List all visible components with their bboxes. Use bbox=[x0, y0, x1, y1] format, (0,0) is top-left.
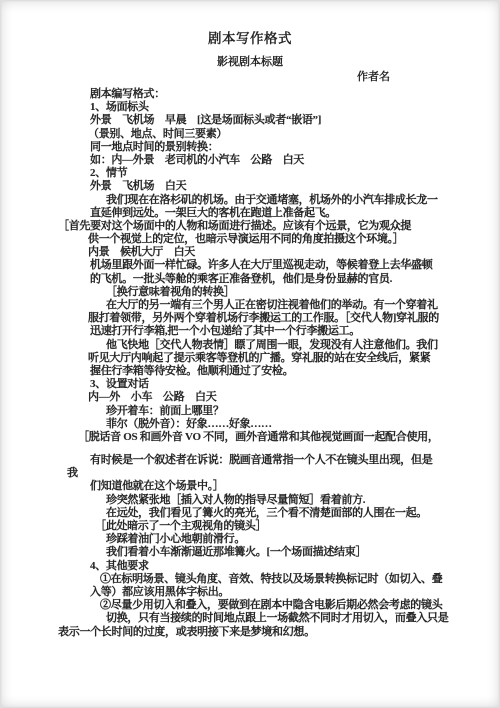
text-line: 外景 飞机场 早晨 [这是场面标头或者“嵌语”] bbox=[90, 114, 500, 127]
text-line: 他飞快地［交代人物表情］瞟了周围一眼，发现没有人注意他们。我们 bbox=[106, 339, 500, 352]
text-line: 在大厅的另一端有三个男人正在密切注视着他们的举动。有一个穿着礼 bbox=[106, 299, 500, 312]
text-line: 我 bbox=[67, 467, 500, 480]
text-line: 有时候是一个叙述者在诉说：脱画音通常指一个人不在镜头里出现，但是 bbox=[90, 454, 500, 467]
script-title-placeholder: 影视剧本标题 bbox=[0, 56, 500, 69]
text-line: 切换，只有当接续的时间地点跟上一场截然不同时才用切入，而叠入只是 bbox=[106, 612, 500, 625]
text-line: 我们现在在洛杉矶的机场。由于交通堵塞，机场外的小汽车排成长龙一 bbox=[106, 194, 500, 207]
text-line: ②尽量少用切入和叠入，要做到在剧本中隐含电影后期必然会考虑的镜头 bbox=[100, 599, 500, 612]
section-heading-scene-header: 1、场面标头 bbox=[90, 101, 500, 114]
text-line: ［首先要对这个场面中的人物和场面进行描述。应该有个远景，它为观众提 bbox=[58, 220, 500, 233]
author-name-placeholder: 作者名 bbox=[0, 71, 500, 84]
page-title: 剧本写作格式 bbox=[0, 0, 500, 46]
text-line: 机场里跟外面一样忙碌。许多人在大厅里巡视走动，等候着登上去华盛顿 bbox=[90, 259, 500, 272]
document-body: 剧本编写格式： 1、场面标头 外景 飞机场 早晨 [这是场面标头或者“嵌语”] … bbox=[0, 88, 500, 639]
text-line: （景别、地点、时间三要素） bbox=[88, 128, 500, 141]
text-line: 菲尔（脱外音）：好象……好象…… bbox=[106, 418, 500, 431]
text-line: 珍踩着油门小心地朝前滑行。 bbox=[106, 533, 500, 546]
text-line: 握住行李箱等待安检。他顺利通过了安检。 bbox=[90, 365, 500, 378]
text-line: 同一地点时间的景别转换： bbox=[90, 141, 500, 154]
text-line: 表示一个长时间的过度，或表明接下来是梦境和幻想。 bbox=[58, 626, 500, 639]
text-line: 服打着领带，另外两个穿着机场行李搬运工的工作服。［交代人物]穿礼服的 bbox=[88, 312, 500, 325]
text-line: ［脱话音 OS 和画外音 VO 不同，画外音通常和其他视觉画面一起配合使用， bbox=[78, 431, 500, 444]
text-line: 外景 飞机场 白天 bbox=[90, 180, 500, 193]
text-line: 直延伸到远处。一架巨大的客机在跑道上准备起飞。 bbox=[90, 207, 500, 220]
text-line: 我们看着小车渐渐逼近那堆篝火。[一个场面描述结束］ bbox=[106, 546, 500, 559]
section-heading-other-requirements: 4、其他要求 bbox=[90, 560, 500, 573]
text-line: 听见大厅内响起了提示乘客等登机的广播。穿礼服的站在安全线后，紧紧 bbox=[88, 352, 500, 365]
text-line: 的飞机。一批头等舱的乘客正准备登机，他们是身份显赫的官员. bbox=[90, 273, 500, 286]
text-line: 供一个视觉上的定位，也暗示导演运用不同的角度拍摄这个环境。］ bbox=[88, 233, 500, 246]
text-line: 内—外 小车 公路 白天 bbox=[88, 391, 500, 404]
section-heading-dialogue: 3、设置对话 bbox=[90, 378, 500, 391]
text-line: 内景 候机大厅 白天 bbox=[88, 246, 500, 259]
scanned-document-page: 剧本写作格式 影视剧本标题 作者名 剧本编写格式： 1、场面标头 外景 飞机场 … bbox=[0, 0, 500, 708]
text-line: ［此处暗示了一个主观视角的镜头］ bbox=[95, 520, 500, 533]
format-label: 剧本编写格式： bbox=[90, 88, 500, 101]
text-line: 迅速打开行李箱,把一个小包递给了其中一个行李搬运工。 bbox=[90, 325, 500, 338]
text-line: ［换行意味着视角的转换］ bbox=[106, 286, 500, 299]
text-line: 如：内—外景 老司机的小汽车 公路 白天 bbox=[90, 154, 500, 167]
text-line: 珍突然紧张地［插入对人物的指导尽量简短］看着前方. bbox=[106, 494, 500, 507]
text-line: 们知道他就在这个场景中。］ bbox=[90, 480, 500, 493]
text-line: ①在标明场景、镜头角度、音效、特技以及场景转换标记时（如切入、叠 bbox=[100, 573, 500, 586]
text-line: 珍开着车：前面上哪里？ bbox=[106, 405, 500, 418]
blank-line bbox=[0, 444, 500, 454]
text-line: 在远处，我们看见了篝火的亮光，三个看不清楚面部的人围在一起。 bbox=[106, 507, 500, 520]
section-heading-plot: 2、情节 bbox=[90, 167, 500, 180]
text-line: 入等）都应该用黑体字标出。 bbox=[90, 586, 500, 599]
